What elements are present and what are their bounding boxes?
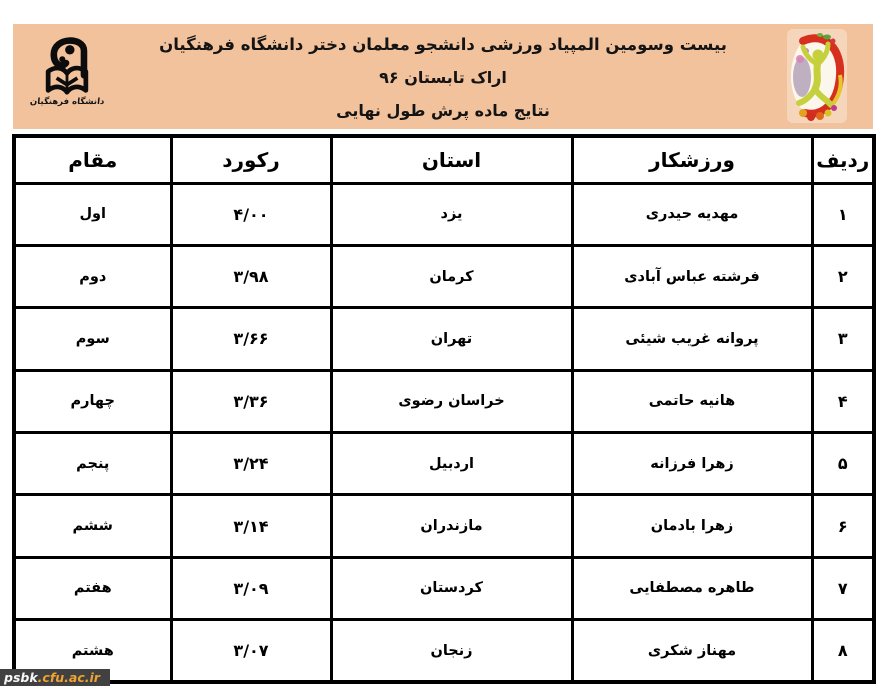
cell-athlete: هانیه حاتمی [572, 370, 812, 432]
cell-radif: ۴ [812, 370, 874, 432]
cell-rank: سوم [14, 308, 171, 370]
watermark-site-url: .cfu.ac.ir [38, 670, 100, 685]
cell-radif: ۱ [812, 183, 874, 245]
table-row: ۲فرشته عباس آبادیکرمان۳/۹۸دوم [14, 245, 874, 307]
column-header-athlete: ورزشکار [572, 136, 812, 183]
cell-athlete: پروانه غریب شیئی [572, 308, 812, 370]
results-subtitle: نتایج ماده پرش طول نهایی [336, 101, 550, 120]
watermark-badge: psbk.cfu.ac.ir [0, 669, 110, 686]
farhangian-logo: دانشگاه فرهنگیان [21, 30, 113, 126]
farhangian-logo-emblem [35, 30, 99, 96]
page-title: بیست وسومین المپیاد ورزشی دانشجو معلمان … [159, 35, 727, 54]
cell-province: تهران [331, 308, 572, 370]
cell-record: ۴/۰۰ [171, 183, 331, 245]
cell-record: ۳/۹۸ [171, 245, 331, 307]
cell-record: ۳/۶۶ [171, 308, 331, 370]
cell-province: کردستان [331, 557, 572, 619]
table-row: ۴هانیه حاتمیخراسان رضوی۳/۳۶چهارم [14, 370, 874, 432]
cell-athlete: فرشته عباس آبادی [572, 245, 812, 307]
results-tbody: ۱مهدیه حیدرییزد۴/۰۰اول۲فرشته عباس آبادیک… [14, 183, 874, 682]
cell-radif: ۳ [812, 308, 874, 370]
watermark-prefix: psbk [4, 670, 38, 685]
cell-radif: ۶ [812, 495, 874, 557]
olympiad-logo [787, 29, 847, 123]
cell-athlete: مهدیه حیدری [572, 183, 812, 245]
table-row: ۳پروانه غریب شیئیتهران۳/۶۶سوم [14, 308, 874, 370]
table-row: ۸مهناز شکریزنجان۳/۰۷هشتم [14, 620, 874, 682]
cell-athlete: زهرا فرزانه [572, 433, 812, 495]
page: دانشگاه فرهنگیان بیست وسومین المپیاد ورز… [0, 0, 887, 695]
olympiad-logo-emblem [787, 29, 847, 123]
column-header-radif: ردیف [812, 136, 874, 183]
cell-athlete: زهرا بادمان [572, 495, 812, 557]
cell-rank: چهارم [14, 370, 171, 432]
cell-radif: ۵ [812, 433, 874, 495]
cell-province: زنجان [331, 620, 572, 682]
cell-record: ۳/۲۴ [171, 433, 331, 495]
header-titles: بیست وسومین المپیاد ورزشی دانشجو معلمان … [128, 24, 758, 129]
cell-radif: ۲ [812, 245, 874, 307]
cell-record: ۳/۱۴ [171, 495, 331, 557]
cell-rank: دوم [14, 245, 171, 307]
event-location-year: اراک تابستان ۹۶ [379, 68, 507, 87]
table-row: ۱مهدیه حیدرییزد۴/۰۰اول [14, 183, 874, 245]
column-header-record: رکورد [171, 136, 331, 183]
table-row: ۶زهرا بادمانمازندران۳/۱۴ششم [14, 495, 874, 557]
cell-rank: هفتم [14, 557, 171, 619]
cell-province: کرمان [331, 245, 572, 307]
table-header: ردیفورزشکاراستانرکوردمقام [14, 136, 874, 183]
cell-rank: اول [14, 183, 171, 245]
farhangian-logo-caption: دانشگاه فرهنگیان [29, 97, 104, 107]
cell-athlete: مهناز شکری [572, 620, 812, 682]
cell-radif: ۸ [812, 620, 874, 682]
cell-record: ۳/۰۷ [171, 620, 331, 682]
cell-record: ۳/۰۹ [171, 557, 331, 619]
table-row: ۵زهرا فرزانهاردبیل۳/۲۴پنجم [14, 433, 874, 495]
cell-radif: ۷ [812, 557, 874, 619]
cell-province: مازندران [331, 495, 572, 557]
cell-province: یزد [331, 183, 572, 245]
header-band: دانشگاه فرهنگیان بیست وسومین المپیاد ورز… [13, 24, 873, 129]
cell-province: اردبیل [331, 433, 572, 495]
column-header-rank: مقام [14, 136, 171, 183]
cell-rank: ششم [14, 495, 171, 557]
cell-rank: پنجم [14, 433, 171, 495]
column-header-province: استان [331, 136, 572, 183]
cell-province: خراسان رضوی [331, 370, 572, 432]
cell-athlete: طاهره مصطفایی [572, 557, 812, 619]
table-row: ۷طاهره مصطفاییکردستان۳/۰۹هفتم [14, 557, 874, 619]
cell-record: ۳/۳۶ [171, 370, 331, 432]
results-table: ردیفورزشکاراستانرکوردمقام ۱مهدیه حیدرییز… [12, 134, 876, 684]
table-header-row: ردیفورزشکاراستانرکوردمقام [14, 136, 874, 183]
